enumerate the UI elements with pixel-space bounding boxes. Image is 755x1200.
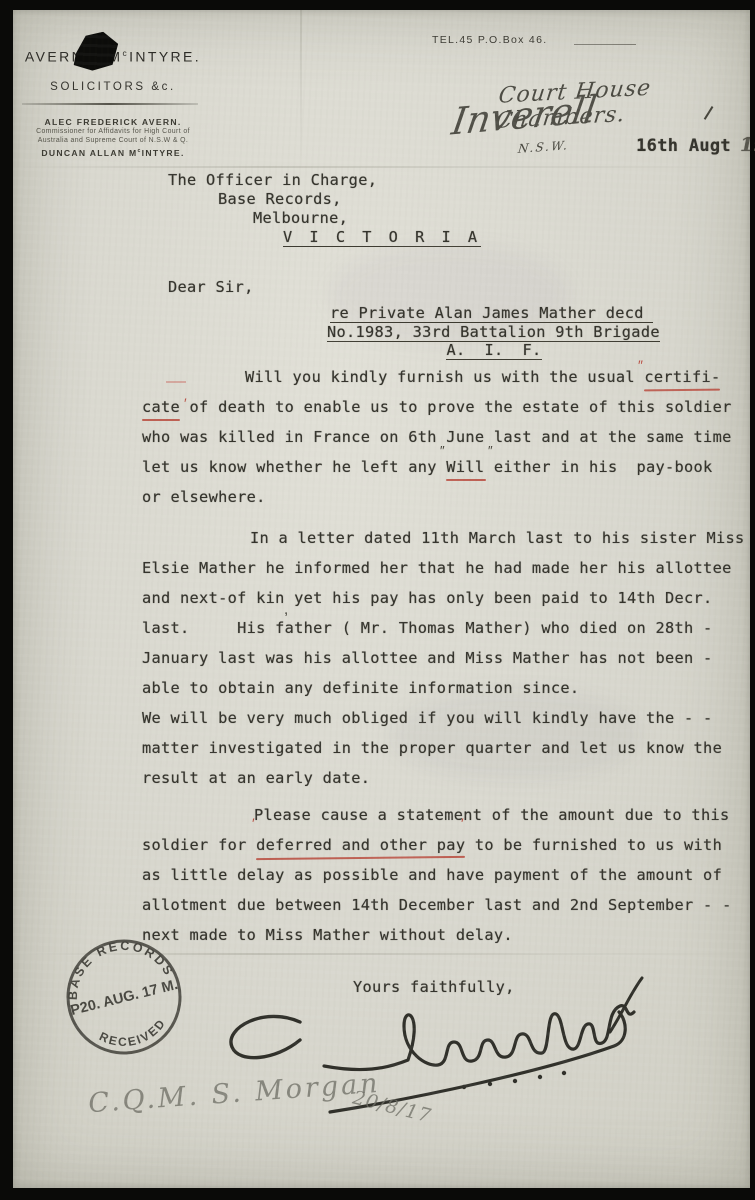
partner-note: Commissioner for Affidavits for High Cou… [10,128,216,137]
date-line: 16th Augt1917 [594,112,755,179]
partner-name-text: INTYRE. [142,148,185,158]
body-line: next made to Miss Mather without delay. [142,920,513,950]
subject-line: A. I. F. [327,341,661,360]
red-dash-mark [166,381,186,383]
scanned-letter: AVERN & McINTYRE. SOLICITORS &c. ALEC FR… [0,0,755,1200]
recipient-line: V I C T O R I A [283,228,481,247]
body-line: Please cause a statement of the amount d… [254,800,729,830]
body-line: and next-of kin yet his pay has only bee… [142,583,713,613]
subject-line: No.1983, 33rd Battalion 9th Brigade [327,323,660,342]
pen-quote-mark: ″ [488,444,493,457]
partner-name: DUNCAN ALLAN McINTYRE. [10,148,216,158]
red-underline [142,419,180,421]
body-line: able to obtain any definite information … [142,673,579,703]
telephone-line: TEL.45 P.O.Box 46. [432,34,547,46]
subject-line: re Private Alan James Mather decd [330,304,653,323]
body-line: let us know whether he left any Will eit… [142,452,713,482]
body-line: allotment due between 14th December last… [142,890,732,920]
body-line: cate of death to enable us to prove the … [142,392,732,422]
body-line: In a letter dated 11th March last to his… [250,523,745,553]
red-caret-mark: ′ [252,816,255,830]
stamp-date-text: P20. AUG. 17 M. [69,977,179,1019]
body-line: or elsewhere. [142,482,266,512]
paper-crease [300,10,302,170]
partner-note: Australia and Supreme Court of N.S.W & Q… [10,137,216,146]
firm-subtitle: SOLICITORS &c. [10,81,216,93]
body-line: result at an early date. [142,763,370,793]
body-line: matter investigated in the proper quarte… [142,733,722,763]
telephone-rule [574,44,636,45]
body-line: Elsie Mather he informed her that he had… [142,553,732,583]
red-caret-mark: ′ [461,816,464,830]
subject-text: re Private Alan James Mather decd [330,304,653,323]
recipient-line: Base Records, [218,190,342,209]
letterhead-rule [22,103,198,105]
body-line: Will you kindly furnish us with the usua… [245,362,720,392]
salutation: Dear Sir, [168,278,254,297]
body-line: who was killed in France on 6th June las… [142,422,732,452]
pen-comma-mark: , [284,603,288,616]
firm-name-text: INTYRE. [129,49,201,65]
body-line: We will be very much obliged if you will… [142,703,713,733]
recipient-line: The Officer in Charge, [168,171,377,190]
body-line: January last was his allottee and Miss M… [142,643,713,673]
body-line: last. His father ( Mr. Thomas Mather) wh… [142,613,713,643]
subject-text: A. I. F. [446,341,541,360]
body-line: as little delay as possible and have pay… [142,860,722,890]
red-caret-mark: ′ [184,396,187,410]
partner-name-text: DUNCAN ALLAN M [41,148,137,158]
recipient-state: V I C T O R I A [283,228,481,247]
red-quote-mark: ″ [638,358,643,372]
recipient-line: Melbourne, [253,209,348,228]
pen-quote-mark: ″ [440,444,445,457]
red-underline [446,479,486,481]
partner-name: ALEC FREDERICK AVERN. [10,117,216,127]
year-printed: 19 [740,134,755,156]
subject-text: No.1983, 33rd Battalion 9th Brigade [327,323,660,342]
date-typed: 16th Augt [636,136,731,156]
